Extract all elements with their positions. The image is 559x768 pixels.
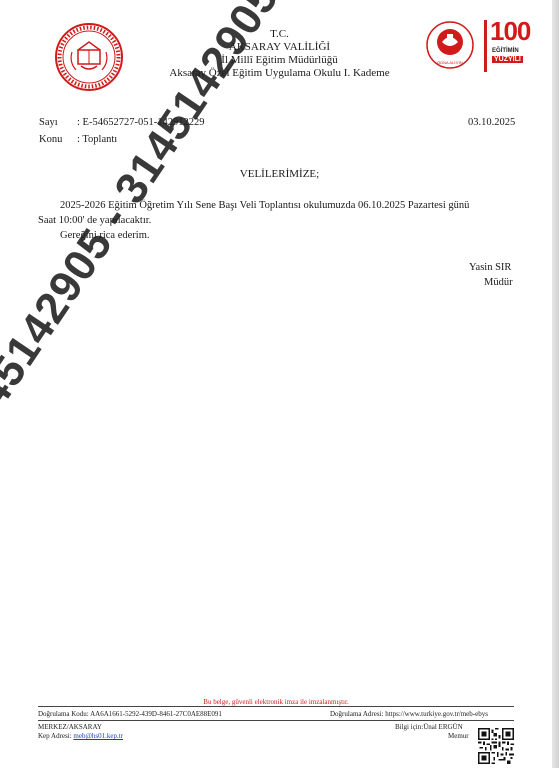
signer-title: Müdür [484,277,513,288]
letterhead: T.C. AKSARAY VALİLİĞİ İl Millî Eğitim Mü… [0,28,559,80]
kep-address: Kep Adresi: meb@hs01.kep.tr [38,732,123,741]
header-school: Aksaray Özel Eğitim Uygulama Okulu I. Ka… [0,67,559,80]
verification-code: Doğrulama Kodu: AA6A1661-5292-439D-8461-… [38,710,222,719]
info-title: Memur [448,732,469,741]
konu-value: : Toplantı [77,134,117,145]
esign-note: Bu belge, güvenli elektronik imza ile im… [0,698,552,706]
footer-divider-bottom [38,720,514,721]
signer-name: Yasin SIR [469,262,511,273]
header-governorship: AKSARAY VALİLİĞİ [0,41,559,54]
header-tc: T.C. [0,28,559,41]
header-directorate: İl Millî Eğitim Müdürlüğü [0,54,559,67]
kep-link[interactable]: meb@hs01.kep.tr [73,732,123,740]
qr-code-icon [478,728,514,764]
document-page: ÖDNA ALİS'İN 100 EĞİTİMİN YÜZYILI T.C. A… [0,0,552,768]
document-date: 03.10.2025 [468,117,515,128]
kep-label: Kep Adresi: [38,732,73,740]
footer-address: MERKEZ/AKSARAY [38,723,102,732]
verification-address: Doğrulama Adresi: https://www.turkiye.go… [330,710,488,719]
page-edge [552,0,559,768]
salutation: VELİLERİMİZE; [0,168,559,180]
info-contact: Bilgi için:Ünal ERGÜN [395,723,463,732]
konu-label: Konu [39,134,62,145]
footer-divider-top [38,706,514,707]
sayi-label: Sayı [39,117,58,128]
